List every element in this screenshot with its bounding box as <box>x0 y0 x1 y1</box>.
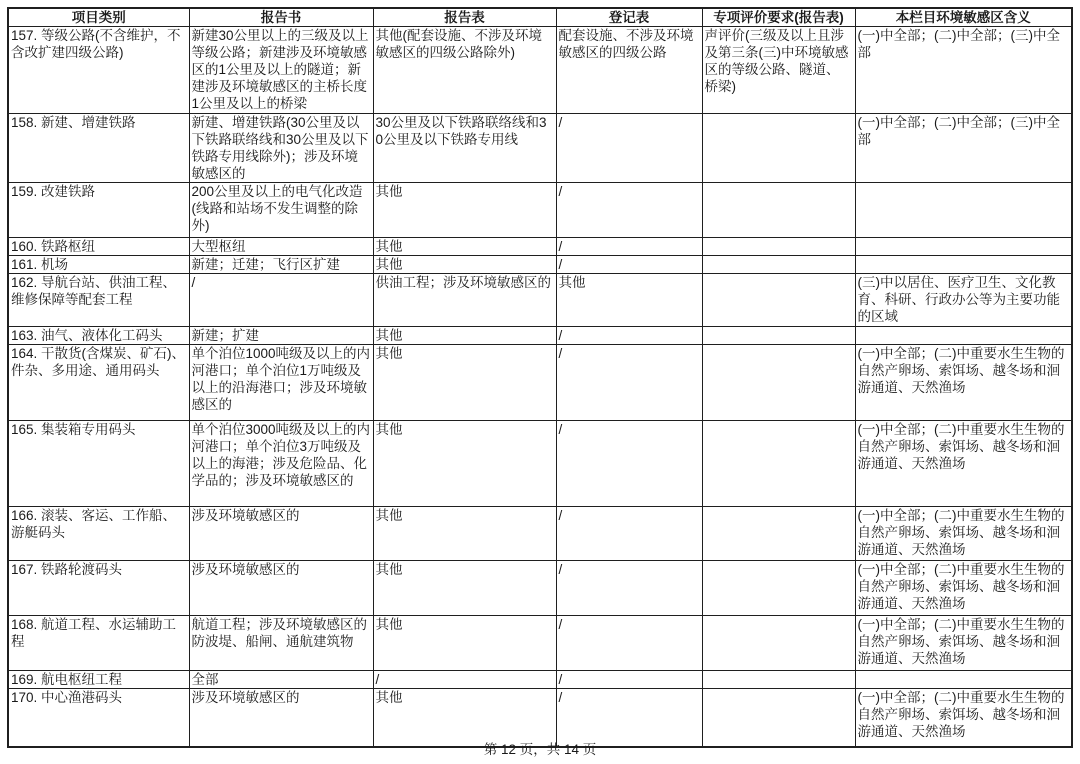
table-cell: 167. 铁路轮渡码头 <box>8 561 189 616</box>
document-page: 项目类别报告书报告表登记表专项评价要求(报告表)本栏目环境敏感区含义 157. … <box>0 0 1080 764</box>
table-row: 159. 改建铁路200公里及以上的电气化改造(线路和站场不发生调整的除外)其他… <box>8 183 1072 238</box>
table-row: 157. 等级公路(不含维护，不含改扩建四级公路)新建30公里以上的三级及以上等… <box>8 27 1072 114</box>
table-row: 161. 机场新建；迁建；飞行区扩建其他/ <box>8 256 1072 274</box>
table-cell <box>702 561 855 616</box>
table-cell: 航道工程；涉及环境敏感区的防波堤、船闸、通航建筑物 <box>189 616 373 671</box>
table-cell: 其他 <box>373 238 556 256</box>
table-cell <box>702 238 855 256</box>
table-row: 158. 新建、增建铁路新建、增建铁路(30公里及以下铁路联络线和30公里及以下… <box>8 114 1072 183</box>
eia-classification-table: 项目类别报告书报告表登记表专项评价要求(报告表)本栏目环境敏感区含义 157. … <box>7 7 1073 748</box>
table-cell: 其他 <box>373 561 556 616</box>
table-cell: 单个泊位3000吨级及以上的内河港口；单个泊位3万吨级及以上的海港；涉及危险品、… <box>189 421 373 507</box>
table-cell: 165. 集装箱专用码头 <box>8 421 189 507</box>
table-cell <box>702 671 855 689</box>
table-cell: 168. 航道工程、水运辅助工程 <box>8 616 189 671</box>
table-cell <box>702 256 855 274</box>
table-cell <box>702 114 855 183</box>
table-cell: 157. 等级公路(不含维护，不含改扩建四级公路) <box>8 27 189 114</box>
table-cell: / <box>556 327 702 345</box>
table-cell: (一)中全部；(二)中全部；(三)中全部 <box>855 27 1072 114</box>
table-row: 165. 集装箱专用码头单个泊位3000吨级及以上的内河港口；单个泊位3万吨级及… <box>8 421 1072 507</box>
table-cell: / <box>556 345 702 421</box>
table-cell: 159. 改建铁路 <box>8 183 189 238</box>
table-cell: 全部 <box>189 671 373 689</box>
header-cell: 本栏目环境敏感区含义 <box>855 8 1072 27</box>
table-cell: 其他 <box>373 616 556 671</box>
table-row: 160. 铁路枢纽大型枢纽其他/ <box>8 238 1072 256</box>
table-cell: 其他 <box>373 345 556 421</box>
table-cell: 其他 <box>373 507 556 561</box>
table-row: 162. 导航台站、供油工程、维修保障等配套工程/供油工程；涉及环境敏感区的其他… <box>8 274 1072 327</box>
table-cell: (一)中全部；(二)中重要水生生物的自然产卵场、索饵场、越冬场和洄游通道、天然渔… <box>855 561 1072 616</box>
table-cell <box>855 238 1072 256</box>
table-cell <box>702 274 855 327</box>
table-row: 164. 干散货(含煤炭、矿石)、件杂、多用途、通用码头单个泊位1000吨级及以… <box>8 345 1072 421</box>
table-cell: (一)中全部；(二)中全部；(三)中全部 <box>855 114 1072 183</box>
table-cell: (一)中全部；(二)中重要水生生物的自然产卵场、索饵场、越冬场和洄游通道、天然渔… <box>855 507 1072 561</box>
table-cell: / <box>556 421 702 507</box>
table-cell: 30公里及以下铁路联络线和30公里及以下铁路专用线 <box>373 114 556 183</box>
table-cell: 200公里及以上的电气化改造(线路和站场不发生调整的除外) <box>189 183 373 238</box>
table-cell: 162. 导航台站、供油工程、维修保障等配套工程 <box>8 274 189 327</box>
table-cell: / <box>556 238 702 256</box>
table-cell: (一)中全部；(二)中重要水生生物的自然产卵场、索饵场、越冬场和洄游通道、天然渔… <box>855 616 1072 671</box>
table-cell: 大型枢纽 <box>189 238 373 256</box>
table-cell: / <box>556 671 702 689</box>
table-cell <box>702 183 855 238</box>
header-cell: 登记表 <box>556 8 702 27</box>
table-cell: 涉及环境敏感区的 <box>189 507 373 561</box>
table-cell: 新建、增建铁路(30公里及以下铁路联络线和30公里及以下铁路专用线除外)；涉及环… <box>189 114 373 183</box>
header-cell: 报告书 <box>189 8 373 27</box>
table-cell <box>855 671 1072 689</box>
table-cell: 其他(配套设施、不涉及环境敏感区的四级公路除外) <box>373 27 556 114</box>
page-number-footer: 第 12 页，共 14 页 <box>0 738 1080 758</box>
table-row: 168. 航道工程、水运辅助工程航道工程；涉及环境敏感区的防波堤、船闸、通航建筑… <box>8 616 1072 671</box>
table-cell: 其他 <box>373 256 556 274</box>
table-cell: / <box>556 616 702 671</box>
header-cell: 项目类别 <box>8 8 189 27</box>
table-header-row: 项目类别报告书报告表登记表专项评价要求(报告表)本栏目环境敏感区含义 <box>8 8 1072 27</box>
table-row: 167. 铁路轮渡码头涉及环境敏感区的其他/(一)中全部；(二)中重要水生生物的… <box>8 561 1072 616</box>
table-cell <box>855 183 1072 238</box>
table-cell: (一)中全部；(二)中重要水生生物的自然产卵场、索饵场、越冬场和洄游通道、天然渔… <box>855 345 1072 421</box>
table-cell: / <box>556 114 702 183</box>
table-cell: 新建；扩建 <box>189 327 373 345</box>
table-cell <box>855 327 1072 345</box>
table-row: 169. 航电枢纽工程全部// <box>8 671 1072 689</box>
table-cell: 164. 干散货(含煤炭、矿石)、件杂、多用途、通用码头 <box>8 345 189 421</box>
table-cell: / <box>556 256 702 274</box>
table-cell: 配套设施、不涉及环境敏感区的四级公路 <box>556 27 702 114</box>
table-cell: 声评价(三级及以上且涉及第三条(三)中环境敏感区的等级公路、隧道、桥梁) <box>702 27 855 114</box>
table-cell <box>702 345 855 421</box>
table-cell <box>702 327 855 345</box>
table-cell: (一)中全部；(二)中重要水生生物的自然产卵场、索饵场、越冬场和洄游通道、天然渔… <box>855 421 1072 507</box>
table-row: 166. 滚装、客运、工作船、游艇码头涉及环境敏感区的其他/(一)中全部；(二)… <box>8 507 1072 561</box>
table-cell: 其他 <box>373 327 556 345</box>
table-cell: 160. 铁路枢纽 <box>8 238 189 256</box>
table-cell: 其他 <box>556 274 702 327</box>
table-cell: 166. 滚装、客运、工作船、游艇码头 <box>8 507 189 561</box>
table-cell <box>702 507 855 561</box>
table-cell <box>702 616 855 671</box>
table-cell: / <box>556 561 702 616</box>
table-cell: 单个泊位1000吨级及以上的内河港口；单个泊位1万吨级及以上的沿海港口；涉及环境… <box>189 345 373 421</box>
header-cell: 报告表 <box>373 8 556 27</box>
table-cell: / <box>373 671 556 689</box>
table-row: 163. 油气、液体化工码头新建；扩建其他/ <box>8 327 1072 345</box>
table-cell <box>702 421 855 507</box>
table-cell <box>855 256 1072 274</box>
table-cell: / <box>556 183 702 238</box>
table-cell: 161. 机场 <box>8 256 189 274</box>
table-cell: 新建30公里以上的三级及以上等级公路；新建涉及环境敏感区的1公里及以上的隧道；新… <box>189 27 373 114</box>
table-cell: 169. 航电枢纽工程 <box>8 671 189 689</box>
header-cell: 专项评价要求(报告表) <box>702 8 855 27</box>
table-cell: / <box>189 274 373 327</box>
table-cell: 供油工程；涉及环境敏感区的 <box>373 274 556 327</box>
table-cell: 其他 <box>373 421 556 507</box>
table-cell: (三)中以居住、医疗卫生、文化教育、科研、行政办公等为主要功能的区域 <box>855 274 1072 327</box>
table-cell: 新建；迁建；飞行区扩建 <box>189 256 373 274</box>
table-cell: 涉及环境敏感区的 <box>189 561 373 616</box>
table-cell: 163. 油气、液体化工码头 <box>8 327 189 345</box>
table-cell: 158. 新建、增建铁路 <box>8 114 189 183</box>
table-cell: 其他 <box>373 183 556 238</box>
table-cell: / <box>556 507 702 561</box>
